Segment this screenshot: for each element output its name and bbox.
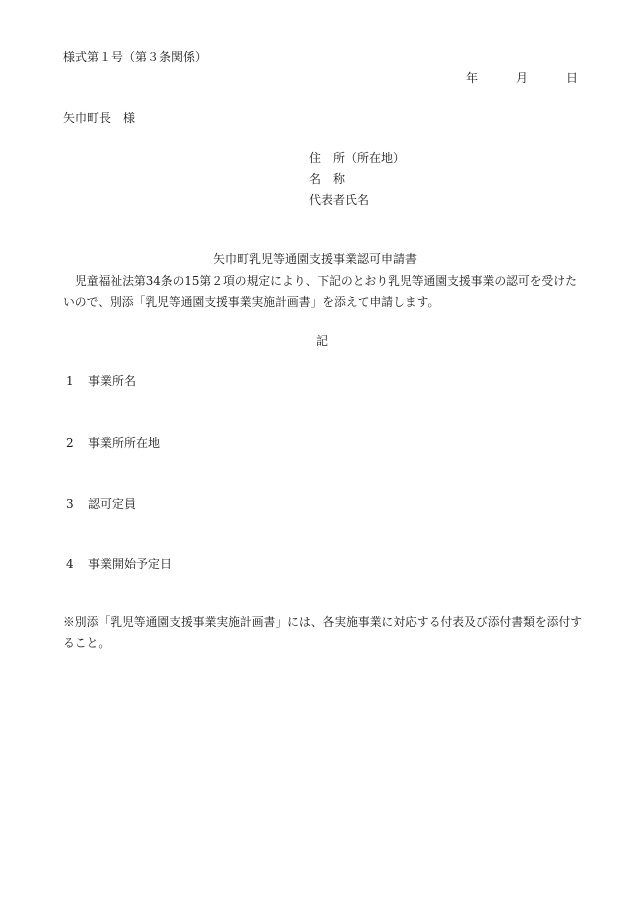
applicant-representative-label: 代表者氏名	[309, 192, 369, 208]
item-number: 3	[66, 496, 88, 512]
item-label: 事業所名	[88, 374, 136, 388]
date-day-label: 日	[566, 70, 578, 86]
ki-heading: 記	[0, 333, 630, 349]
item-label: 認可定員	[88, 497, 136, 511]
date-year-label: 年	[466, 70, 478, 86]
list-item: 3認可定員	[66, 496, 136, 512]
applicant-address-label: 住 所（所在地）	[309, 150, 405, 166]
list-item: 1事業所名	[66, 373, 136, 389]
item-number: 2	[66, 435, 88, 451]
item-number: 4	[66, 556, 88, 572]
list-item: 4事業開始予定日	[66, 556, 172, 572]
addressee: 矢巾町長 様	[63, 110, 135, 126]
footnote: ※別添「乳児等通園支援事業実施計画書」には、各実施事業に対応する付表及び添付書類…	[63, 612, 588, 654]
document-title: 矢巾町乳児等通園支援事業認可申請書	[0, 251, 630, 267]
item-label: 事業所所在地	[88, 436, 160, 450]
applicant-name-label: 名 称	[309, 171, 345, 187]
item-label: 事業開始予定日	[88, 557, 172, 571]
form-number: 様式第１号（第３条関係）	[63, 49, 207, 65]
body-text: 児童福祉法第34条の15第２項の規定により、下記のとおり乳児等通園支援事業の認可…	[63, 271, 588, 313]
item-number: 1	[66, 373, 88, 389]
date-month-label: 月	[516, 70, 528, 86]
list-item: 2事業所所在地	[66, 435, 160, 451]
